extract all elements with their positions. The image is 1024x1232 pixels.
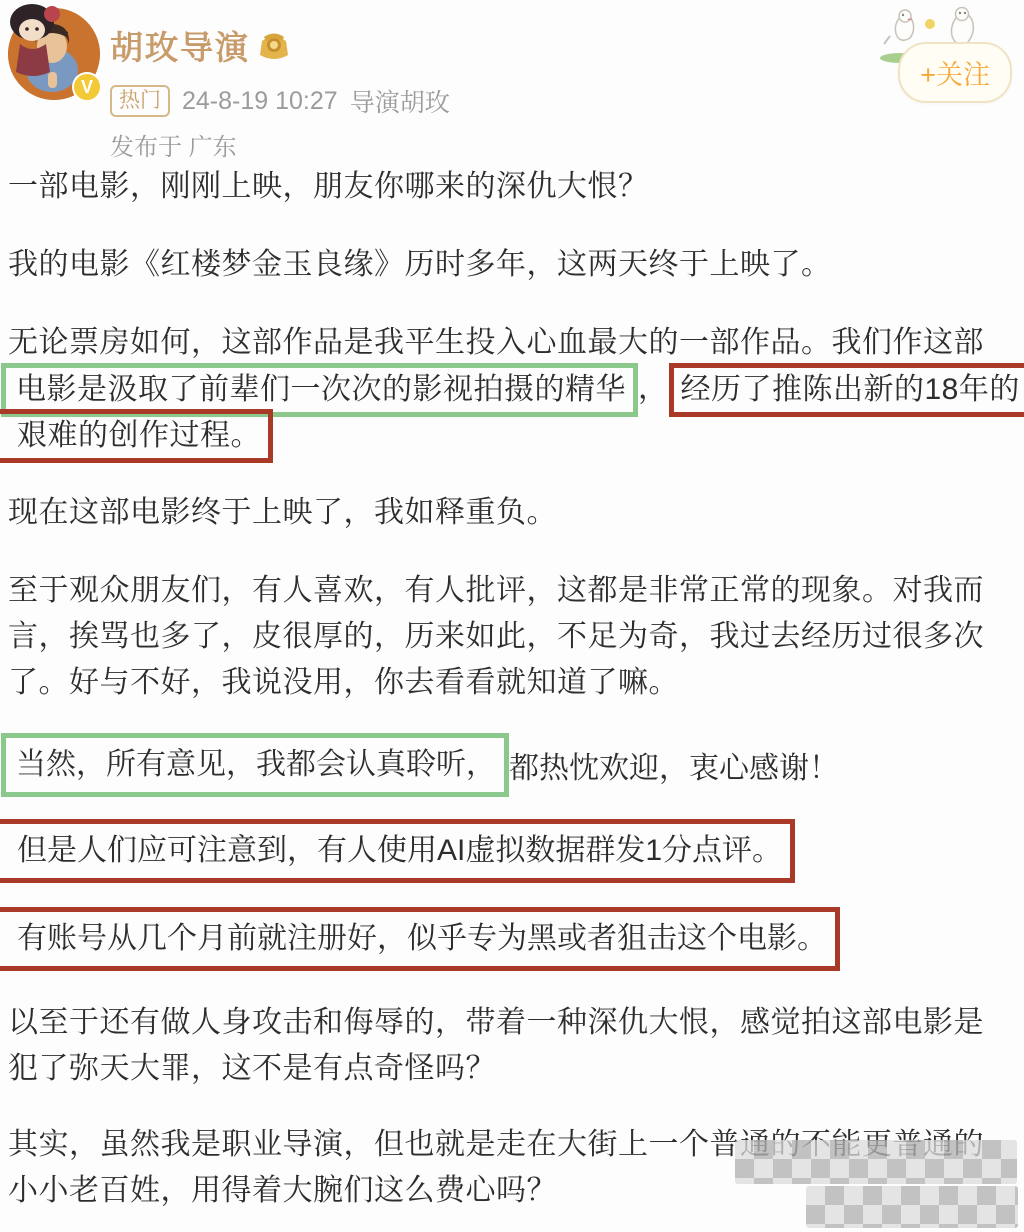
red-highlight-box: 有账号从几个月前就注册好，似乎专为黑或者狙击这个电影。: [0, 907, 840, 971]
paragraph-text: 现在这部电影终于上映了，我如释重负。: [8, 490, 1016, 536]
paragraph-8: 有账号从几个月前就注册好，似乎专为黑或者狙击这个电影。: [8, 906, 1016, 972]
mosaic-watermark: [735, 1140, 1017, 1184]
paragraph-text: 无论票房如何，这部作品是我平生投入心血最大的一部作品。我们作这部: [8, 320, 1016, 366]
paragraph-text-rest: 都热忱欢迎，衷心感谢！: [509, 743, 839, 787]
paragraph-text: 我的电影《红楼梦金玉良缘》历时多年，这两天终于上映了。: [8, 242, 1016, 288]
location: 发布于 广东: [110, 127, 1014, 162]
vip-gold-badge-icon: [258, 31, 290, 61]
green-highlight-box: 当然，所有意见，我都会认真聆听，: [1, 733, 509, 797]
paragraph-text: 以至于还有做人身攻击和侮辱的，带着一种深仇大恨，感觉拍这部电影是: [8, 1000, 1016, 1046]
paragraph-text: 电影是汲取了前辈们一次次的影视拍摄的精华，经历了推陈出新的18年的: [8, 366, 1016, 412]
paragraph-5: 至于观众朋友们，有人喜欢，有人批评，这都是非常正常的现象。对我而 言，挨骂也多了…: [8, 568, 1016, 706]
paragraph-text: 一部电影，刚刚上映，朋友你哪来的深仇大恨？: [8, 164, 1016, 210]
weibo-post-page: V 胡玫导演 热门 24-8-19 10:27 导演胡玫 发布: [0, 0, 1024, 1232]
paragraph-2: 我的电影《红楼梦金玉良缘》历时多年，这两天终于上映了。: [8, 242, 1016, 288]
paragraph-text: 至于观众朋友们，有人喜欢，有人批评，这都是非常正常的现象。对我而: [8, 568, 1016, 614]
red-highlight-box: 经历了推陈出新的18年的: [669, 363, 1024, 417]
paragraph-text: 犯了弥天大罪，这不是有点奇怪吗？: [8, 1046, 1016, 1092]
post-body: 一部电影，刚刚上映，朋友你哪来的深仇大恨？ 我的电影《红楼梦金玉良缘》历时多年，…: [0, 148, 1024, 1214]
source-link[interactable]: 导演胡玫: [350, 83, 450, 119]
follow-button[interactable]: +关注: [898, 42, 1012, 103]
paragraph-text: 了。好与不好，我说没用，你去看看就知道了嘛。: [8, 660, 1016, 706]
paragraph-7: 但是人们应可注意到，有人使用AI虚拟数据群发1分点评。: [8, 818, 1016, 884]
paragraph-6: 当然，所有意见，我都会认真聆听，都热忱欢迎，衷心感谢！: [8, 738, 1016, 792]
paragraph-text: 当然，所有意见，我都会认真聆听，都热忱欢迎，衷心感谢！: [8, 738, 1016, 792]
paragraph-text: 言，挨骂也多了，皮很厚的，历来如此，不足为奇，我过去经历过很多次: [8, 614, 1016, 660]
avatar[interactable]: V: [8, 8, 100, 100]
paragraph-1: 一部电影，刚刚上映，朋友你哪来的深仇大恨？: [8, 164, 1016, 210]
paragraph-text: 艰难的创作过程。: [8, 412, 1016, 458]
header-right: +关注: [866, 0, 1016, 110]
paragraph-text: 有账号从几个月前就注册好，似乎专为黑或者狙击这个电影。: [8, 906, 1016, 972]
hot-tag: 热门: [110, 85, 170, 117]
mosaic-watermark: [806, 1186, 1018, 1228]
username[interactable]: 胡玫导演: [110, 22, 250, 69]
paragraph-4: 现在这部电影终于上映了，我如释重负。: [8, 490, 1016, 536]
post-header: V 胡玫导演 热门 24-8-19 10:27 导演胡玫 发布: [0, 0, 1024, 148]
red-highlight-box: 但是人们应可注意到，有人使用AI虚拟数据群发1分点评。: [0, 819, 795, 883]
paragraph-text: 但是人们应可注意到，有人使用AI虚拟数据群发1分点评。: [8, 818, 1016, 884]
avatar-decoration-sticker-icon: [2, 0, 66, 84]
paragraph-10: 其实，虽然我是职业导演，但也就是走在大街上一个普通的不能更普通的 小小老百姓，用…: [8, 1122, 1016, 1214]
verified-badge-icon: V: [72, 72, 102, 102]
red-highlight-box: 艰难的创作过程。: [0, 409, 273, 463]
timestamp: 24-8-19 10:27: [182, 87, 338, 116]
separator-comma: ，: [638, 372, 669, 405]
paragraph-3: 无论票房如何，这部作品是我平生投入心血最大的一部作品。我们作这部 电影是汲取了前…: [8, 320, 1016, 458]
paragraph-9: 以至于还有做人身攻击和侮辱的，带着一种深仇大恨，感觉拍这部电影是 犯了弥天大罪，…: [8, 1000, 1016, 1092]
